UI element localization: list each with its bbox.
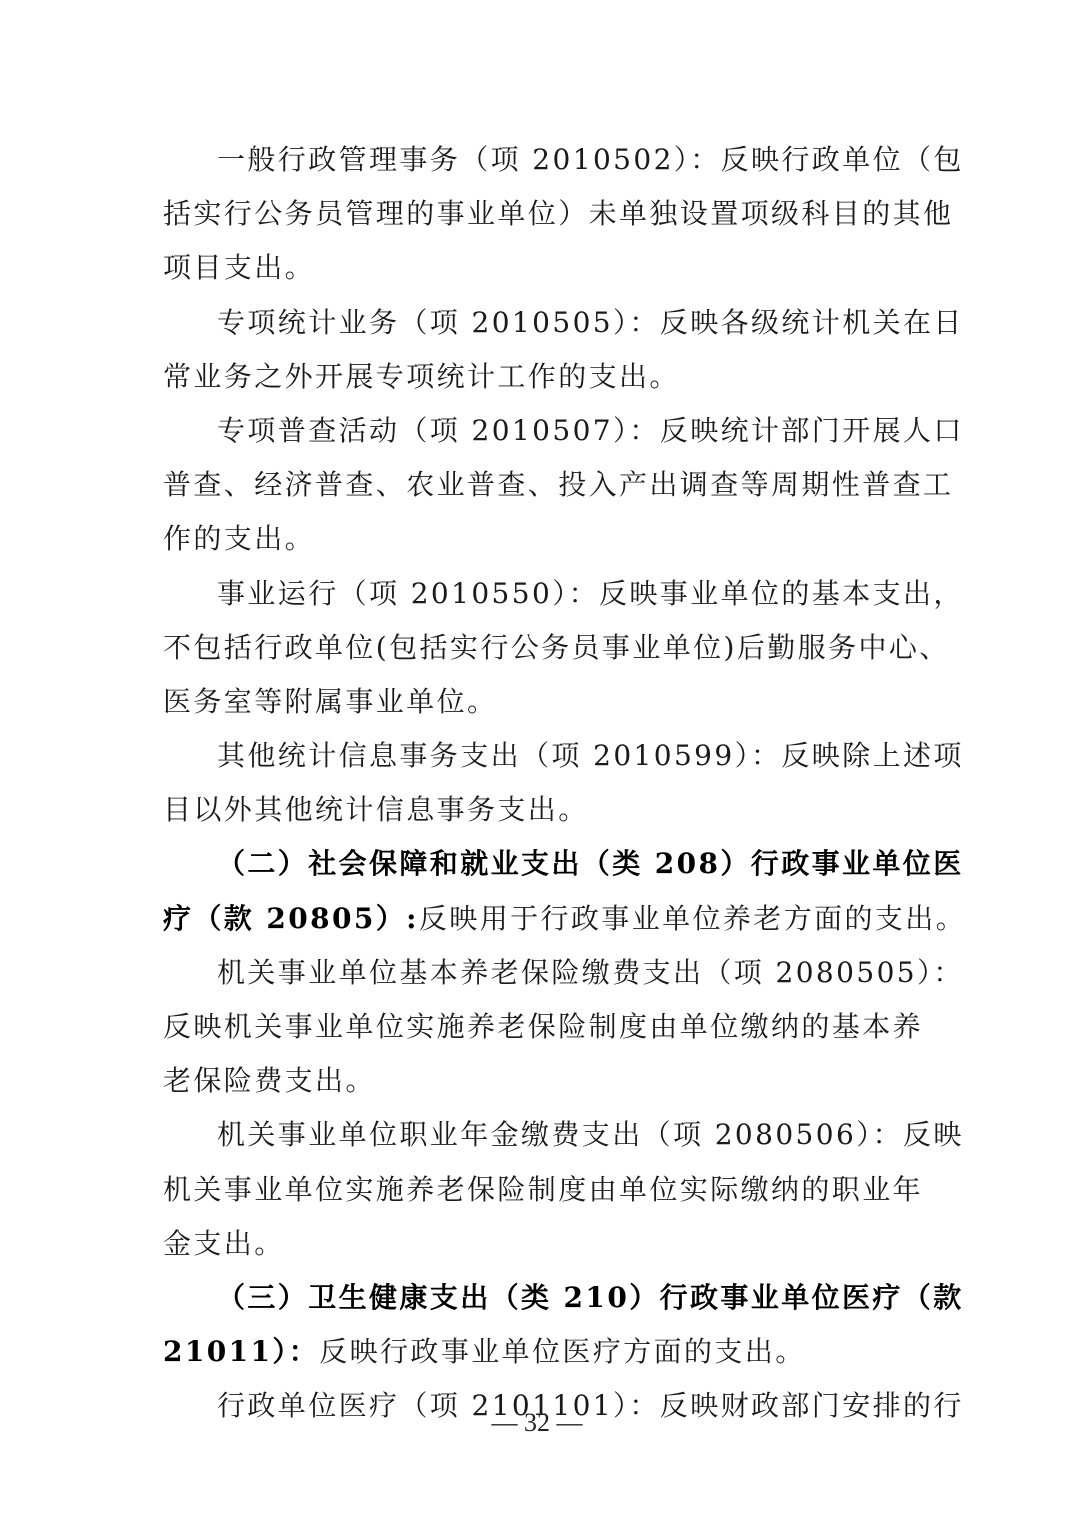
section-heading-3-desc: 反映行政事业单位医疗方面的支出。 <box>319 1335 805 1368</box>
paragraph-line: 其他统计信息事务支出（项 2010599）：反映除上述项 <box>163 734 913 788</box>
section-heading-3: （三）卫生健康支出（类 210）行政事业单位医疗（款 <box>163 1276 913 1330</box>
document-body: 一般行政管理事务（项 2010502）：反映行政单位（包 括实行公务员管理的事业… <box>163 138 913 1439</box>
section-heading-2-desc: 反映用于行政事业单位养老方面的支出。 <box>419 902 966 935</box>
section-heading-2-cont: 疗（款 20805）:反映用于行政事业单位养老方面的支出。 <box>163 897 913 951</box>
paragraph-line: 专项普查活动（项 2010507）：反映统计部门开展人口 <box>163 409 913 463</box>
paragraph-line: 反映机关事业单位实施养老保险制度由单位缴纳的基本养 <box>163 1005 913 1059</box>
paragraph-line: 常业务之外开展专项统计工作的支出。 <box>163 355 913 409</box>
paragraph-line: 事业运行（项 2010550）：反映事业单位的基本支出， <box>163 572 913 626</box>
paragraph-line: 专项统计业务（项 2010505）：反映各级统计机关在日 <box>163 301 913 355</box>
paragraph-line: 括实行公务员管理的事业单位）未单独设置项级科目的其他 <box>163 192 913 246</box>
paragraph-line: 一般行政管理事务（项 2010502）：反映行政单位（包 <box>163 138 913 192</box>
paragraph-line: 作的支出。 <box>163 517 913 571</box>
paragraph-line: 目以外其他统计信息事务支出。 <box>163 788 913 842</box>
page-number: — 32 — <box>0 1408 1074 1438</box>
paragraph-line: 机关事业单位基本养老保险缴费支出（项 2080505）： <box>163 951 913 1005</box>
paragraph-line: 机关事业单位职业年金缴费支出（项 2080506）：反映 <box>163 1113 913 1167</box>
paragraph-line: 项目支出。 <box>163 246 913 300</box>
paragraph-line: 普查、经济普查、农业普查、投入产出调查等周期性普查工 <box>163 463 913 517</box>
section-heading-3-tail: 21011）： <box>163 1335 319 1368</box>
paragraph-line: 医务室等附属事业单位。 <box>163 680 913 734</box>
section-heading-3-cont: 21011）：反映行政事业单位医疗方面的支出。 <box>163 1330 913 1384</box>
paragraph-line: 金支出。 <box>163 1222 913 1276</box>
paragraph-line: 不包括行政单位(包括实行公务员事业单位)后勤服务中心、 <box>163 626 913 680</box>
section-heading-2-tail: 疗（款 20805）: <box>163 902 419 935</box>
section-heading-2: （二）社会保障和就业支出（类 208）行政事业单位医 <box>163 842 913 896</box>
paragraph-line: 机关事业单位实施养老保险制度由单位实际缴纳的职业年 <box>163 1168 913 1222</box>
paragraph-line: 老保险费支出。 <box>163 1059 913 1113</box>
